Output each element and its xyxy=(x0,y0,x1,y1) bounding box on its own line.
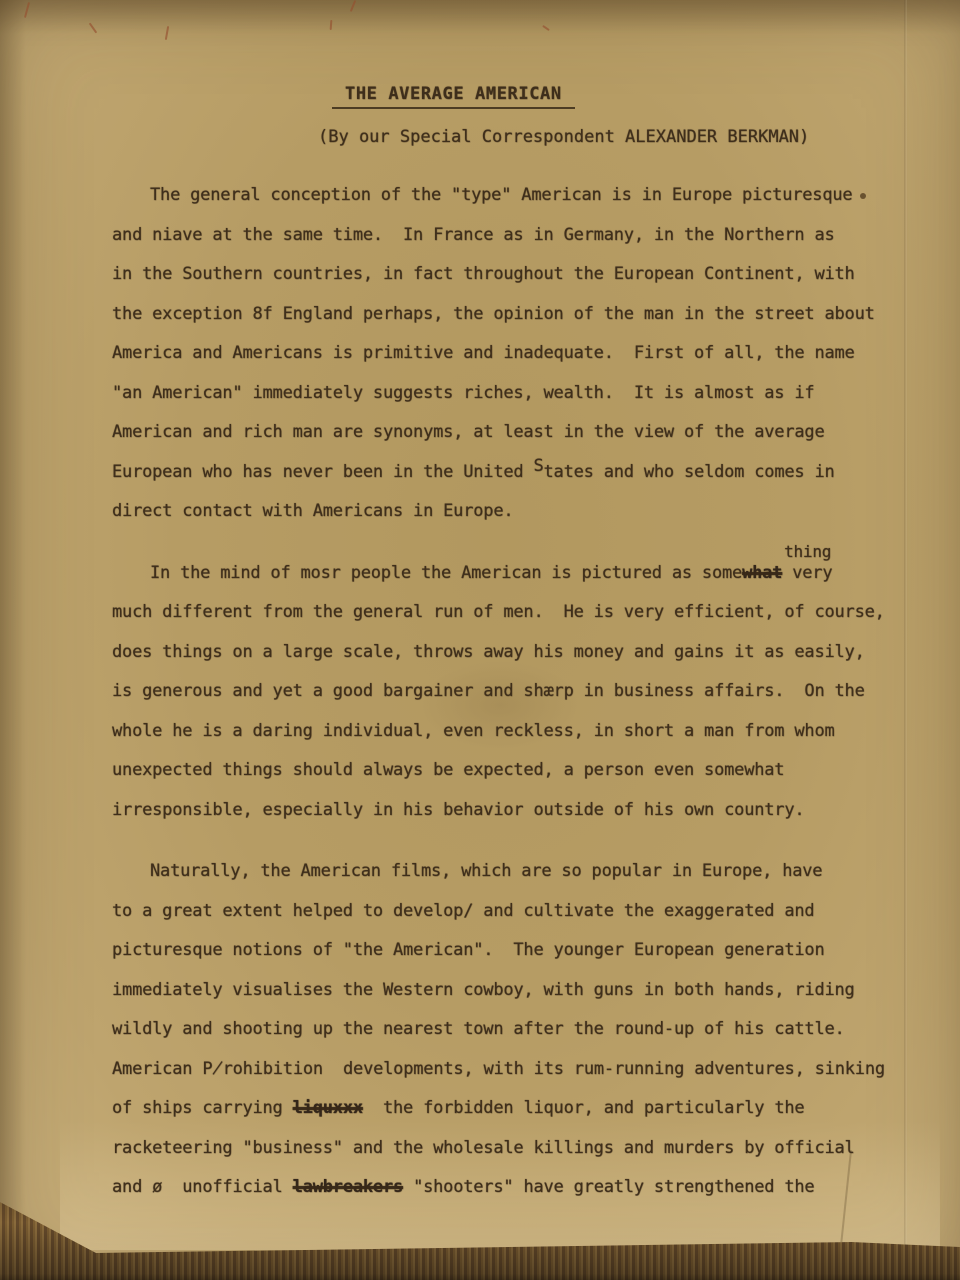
text-segment: and niave at the same time. In France as… xyxy=(112,225,835,245)
text-line: to a great extent helped to develop/ and… xyxy=(112,892,912,932)
text-line: American and rich man are synonyms, at l… xyxy=(112,413,912,453)
text-line: direct contact with Americans in Europe. xyxy=(112,492,912,532)
typewritten-sheet: THE AVERAGE AMERICAN (By our Special Cor… xyxy=(0,0,960,1280)
text-segment: wildly and shooting up the nearest town … xyxy=(112,1019,845,1039)
document-body: The general conception of the "type" Ame… xyxy=(112,176,912,1208)
text-line: Naturally, the American films, which are… xyxy=(112,852,912,892)
text-line: of ships carrying liquxxx the forbidden … xyxy=(112,1089,912,1129)
text-segment: racketeering "business" and the wholesal… xyxy=(112,1138,855,1158)
text-segment: The general conception of the "type" Ame… xyxy=(150,185,852,205)
text-segment: "an American" immediately suggests riche… xyxy=(112,383,814,403)
text-line: immediately visualises the Western cowbo… xyxy=(112,971,912,1011)
text-segment: American P̸rohibition developments, with… xyxy=(112,1059,885,1079)
text-segment: irresponsible, especially in his behavio… xyxy=(112,800,804,820)
text-segment: the exception 8f England perhaps, the op… xyxy=(112,304,875,324)
raised-char: S xyxy=(533,456,543,476)
text-segment: tates and who seldom comes in xyxy=(544,462,835,482)
text-segment: America and Americans is primitive and i… xyxy=(112,343,855,363)
paragraph: The general conception of the "type" Ame… xyxy=(112,176,912,532)
text-segment: whole he is a daring individual, even re… xyxy=(112,721,835,741)
paper-shadow-left xyxy=(0,0,26,1280)
text-segment: Naturally, the American films, which are… xyxy=(150,861,822,881)
text-line: does things on a large scale, throws awa… xyxy=(112,633,912,673)
text-segment: "shooters" have greatly strengthened the xyxy=(403,1177,814,1197)
page-title: THE AVERAGE AMERICAN xyxy=(332,84,575,109)
text-segment: does things on a large scale, throws awa… xyxy=(112,642,865,662)
text-segment: direct contact with Americans in Europe. xyxy=(112,501,513,521)
text-line: "an American" immediately suggests riche… xyxy=(112,374,912,414)
text-line: picturesque notions of "the American". T… xyxy=(112,931,912,971)
struck-out-text: liquxxx xyxy=(293,1098,363,1118)
text-segment: is generous and yet a good bargainer and… xyxy=(112,681,865,701)
text-segment: of ships carrying xyxy=(112,1098,293,1118)
text-line: and niave at the same time. In France as… xyxy=(112,216,912,256)
text-line: and ø unofficial lawbreakers "shooters" … xyxy=(112,1168,912,1208)
text-segment: very xyxy=(782,563,832,583)
text-line: In the mind of mosr people the American … xyxy=(112,554,912,594)
text-segment: much different from the general run of m… xyxy=(112,602,885,622)
text-segment: immediately visualises the Western cowbo… xyxy=(112,980,855,1000)
text-line: America and Americans is primitive and i… xyxy=(112,334,912,374)
text-line: American P̸rohibition developments, with… xyxy=(112,1050,912,1090)
text-segment: European who has never been in the Unite… xyxy=(112,462,533,482)
text-line: in the Southern countries, in fact throu… xyxy=(112,255,912,295)
text-line: whole he is a daring individual, even re… xyxy=(112,712,912,752)
text-segment: picturesque notions of "the American". T… xyxy=(112,940,824,960)
text-segment: in the Southern countries, in fact throu… xyxy=(112,264,855,284)
paper-shadow-top xyxy=(0,0,960,34)
text-segment: to a great extent helped to develop/ and… xyxy=(112,901,814,921)
struck-out-text: lawbreakers xyxy=(293,1177,403,1197)
photographed-document: THE AVERAGE AMERICAN (By our Special Cor… xyxy=(0,0,960,1280)
text-segment: In the mind of mosr people the American … xyxy=(150,563,742,583)
paragraph: In the mind of mosr people the American … xyxy=(112,554,912,831)
byline: (By our Special Correspondent ALEXANDER … xyxy=(318,127,809,147)
text-line: the exception 8f England perhaps, the op… xyxy=(112,295,912,335)
text-segment: unexpected things should always be expec… xyxy=(112,760,784,780)
text-line: is generous and yet a good bargainer and… xyxy=(112,672,912,712)
struck-out-text: whatthing xyxy=(742,563,782,583)
text-segment: the forbidden liquor, and particularly t… xyxy=(363,1098,805,1118)
text-line: unexpected things should always be expec… xyxy=(112,751,912,791)
text-line: irresponsible, especially in his behavio… xyxy=(112,791,912,831)
text-segment: American and rich man are synonyms, at l… xyxy=(112,422,824,442)
inserted-word: thing xyxy=(746,543,831,560)
text-line: The general conception of the "type" Ame… xyxy=(112,176,912,216)
text-line: much different from the general run of m… xyxy=(112,593,912,633)
text-line: wildly and shooting up the nearest town … xyxy=(112,1010,912,1050)
text-line: European who has never been in the Unite… xyxy=(112,453,912,493)
paragraph: Naturally, the American films, which are… xyxy=(112,852,912,1208)
text-segment: and ø unofficial xyxy=(112,1177,293,1197)
text-line: racketeering "business" and the wholesal… xyxy=(112,1129,912,1169)
